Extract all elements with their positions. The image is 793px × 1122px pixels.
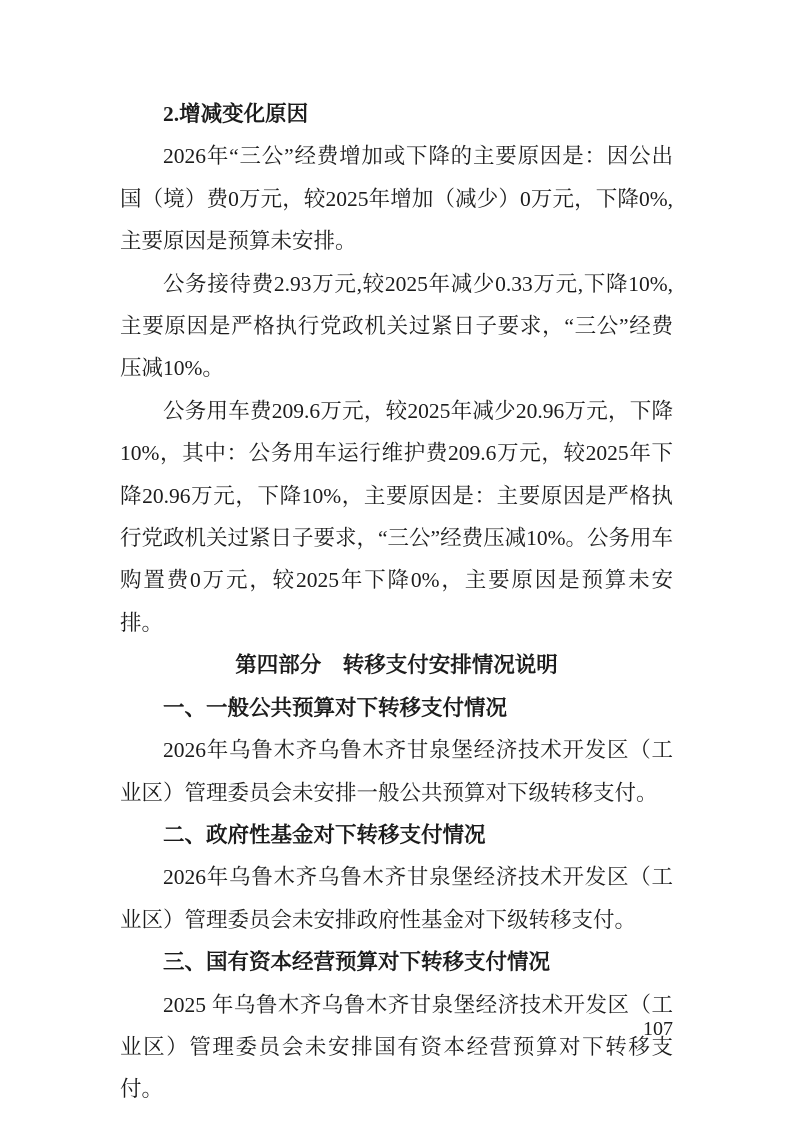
heading-govt-fund-transfer: 二、政府性基金对下转移支付情况 (120, 814, 673, 856)
para-general-budget-transfer: 2026年乌鲁木齐乌鲁木齐甘泉堡经济技术开发区（工业区）管理委员会未安排一般公共… (120, 729, 673, 814)
para-overseas-travel-expense: 2026年“三公”经费增加或下降的主要原因是：因公出国（境）费0万元，较2025… (120, 135, 673, 262)
heading-change-reasons: 2.增减变化原因 (120, 93, 673, 135)
document-page: 2.增减变化原因 2026年“三公”经费增加或下降的主要原因是：因公出国（境）费… (0, 0, 793, 1122)
para-official-vehicle-expense: 公务用车费209.6万元，较2025年减少20.96万元，下降10%，其中：公务… (120, 390, 673, 644)
page-number: 107 (120, 1014, 673, 1044)
heading-general-budget-transfer: 一、一般公共预算对下转移支付情况 (120, 687, 673, 729)
part4-section-title: 第四部分 转移支付安排情况说明 (120, 644, 673, 686)
para-soe-capital-transfer: 2025 年乌鲁木齐乌鲁木齐甘泉堡经济技术开发区（工业区）管理委员会未安排国有资… (120, 984, 673, 1111)
document-content: 2.增减变化原因 2026年“三公”经费增加或下降的主要原因是：因公出国（境）费… (120, 93, 673, 1111)
para-govt-fund-transfer: 2026年乌鲁木齐乌鲁木齐甘泉堡经济技术开发区（工业区）管理委员会未安排政府性基… (120, 856, 673, 941)
para-official-reception-expense: 公务接待费2.93万元,较2025年减少0.33万元,下降10%,主要原因是严格… (120, 263, 673, 390)
heading-soe-capital-transfer: 三、国有资本经营预算对下转移支付情况 (120, 941, 673, 983)
